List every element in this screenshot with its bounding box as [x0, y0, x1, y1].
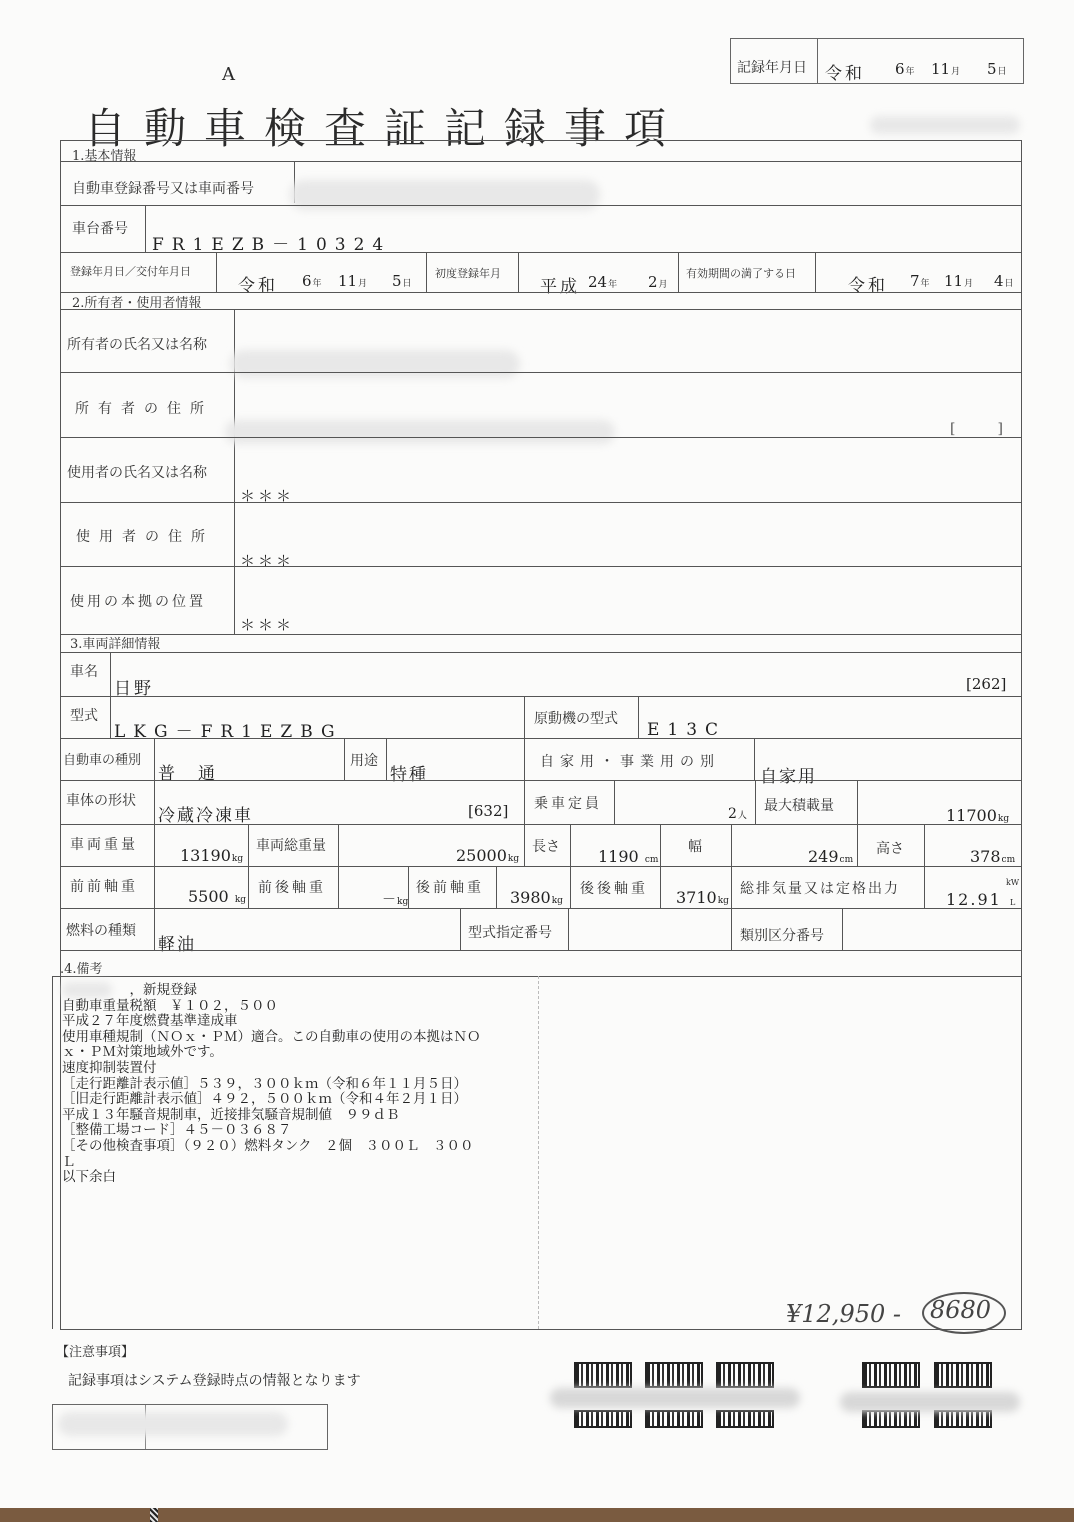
form-code: A — [222, 64, 235, 85]
height-label: 高さ — [876, 838, 904, 858]
car-name-code: [262] — [966, 675, 1006, 693]
fuel-label: 燃料の種類 — [66, 920, 136, 940]
body-shape-label: 車体の形状 — [66, 790, 136, 810]
expiry-label: 有効期間の満了する日 — [686, 265, 796, 281]
notes-heading: 【注意事項】 — [56, 1341, 134, 1360]
record-date-day: 5日 — [987, 60, 1007, 78]
record-date-box: 記録年月日 令和 6年 11月 5日 — [730, 38, 1024, 84]
owner-address-label: 所有者の住所 — [75, 398, 213, 418]
qr-code-4 — [574, 1410, 632, 1428]
usage-value: 特種 — [390, 760, 428, 785]
width-value: 249cm — [808, 847, 853, 866]
owner-name-label: 所有者の氏名又は名称 — [67, 334, 207, 354]
owner-address-code: [ ] — [950, 418, 1003, 438]
qr-code-7 — [862, 1362, 920, 1388]
private-business-value: 自家用 — [760, 762, 817, 787]
private-business-label: 自家用・事業用の別 — [540, 751, 720, 771]
length-value: 1190 cm — [598, 847, 658, 866]
capacity-value: 2人 — [728, 806, 747, 822]
qr-code-1 — [574, 1362, 632, 1388]
remarks-text: ，新規登録 自動車重量税額 ￥１０２，５００ 平成２７年度燃費基準達成車 使用車… — [62, 983, 481, 1186]
qr-code-6 — [716, 1410, 774, 1428]
section3-heading: 3.車両詳細情報 — [70, 633, 160, 652]
base-location-value: ＊＊＊ — [240, 614, 294, 635]
rf-axle-value: 3980kg — [510, 888, 563, 907]
width-label: 幅 — [688, 836, 702, 856]
chassis-label: 車台番号 — [72, 218, 128, 238]
remarks-divider — [538, 976, 539, 1329]
reg-date-label: 登録年月日／交付年月日 — [70, 263, 191, 279]
first-reg-month: 2月 — [648, 273, 668, 291]
displacement-label: 総排気量又は定格出力 — [740, 878, 900, 898]
redacted-owner-name — [230, 350, 520, 378]
fr-axle-value: －kg — [382, 889, 408, 909]
displacement-unit-kw: kW — [1006, 878, 1019, 887]
vehicle-weight-label: 車両重量 — [70, 834, 138, 854]
redacted-qr-band-2 — [840, 1392, 1020, 1412]
displacement-unit-l: L — [1010, 898, 1015, 907]
background-floor — [0, 1508, 1074, 1522]
remarks-frame — [52, 976, 53, 1329]
qr-code-10 — [934, 1410, 992, 1428]
usage-label: 用途 — [350, 750, 378, 770]
fuel-value: 軽油 — [158, 930, 196, 955]
engine-model-label: 原動機の型式 — [534, 708, 618, 728]
vehicle-weight-value: 13190kg — [180, 846, 243, 865]
fr-axle-label: 前後軸重 — [258, 877, 326, 897]
body-shape-code: [632] — [468, 802, 508, 820]
rr-axle-label: 後後軸重 — [580, 878, 648, 898]
type-designation-label: 型式指定番号 — [468, 922, 552, 942]
background-cord — [150, 1508, 158, 1522]
redacted-header — [870, 116, 1020, 134]
qr-code-9 — [862, 1410, 920, 1428]
model-label: 型式 — [70, 705, 98, 725]
user-name-label: 使用者の氏名又は名称 — [67, 462, 207, 482]
expiry-year: 7年 — [910, 272, 930, 290]
category-label: 類別区分番号 — [740, 925, 824, 945]
redacted-qr-band-1 — [550, 1388, 800, 1408]
qr-code-8 — [934, 1362, 992, 1388]
reg-number-label: 自動車登録番号又は車両番号 — [72, 178, 254, 198]
redacted-owner-address — [225, 420, 615, 444]
qr-code-5 — [645, 1410, 703, 1428]
section4-heading: .4.備考 — [60, 958, 103, 977]
rr-axle-value: 3710kg — [676, 888, 729, 907]
gross-weight-value: 25000kg — [456, 846, 519, 865]
engine-model-value: E13C — [647, 720, 726, 740]
qr-code-2 — [645, 1362, 703, 1388]
record-date-month: 11月 — [931, 60, 960, 78]
displacement-value: 12.91 — [946, 890, 1002, 909]
reg-date-day: 5日 — [392, 272, 412, 290]
handwritten-price: ¥12,950 - — [786, 1300, 901, 1328]
record-date-year: 6年 — [895, 60, 915, 78]
car-name-label: 車名 — [70, 661, 98, 681]
first-reg-era: 平成 — [540, 272, 580, 297]
user-address-label: 使用者の住所 — [76, 526, 214, 546]
qr-code-3 — [716, 1362, 774, 1388]
reg-date-year: 6年 — [302, 272, 322, 290]
record-date-label: 記録年月日 — [737, 57, 807, 77]
document-page: 記録年月日 令和 6年 11月 5日 A 自動車検査証記録事項 1.基本情報 自… — [0, 0, 1074, 1508]
user-address-value: ＊＊＊ — [240, 550, 294, 571]
expiry-month: 11月 — [944, 272, 973, 290]
handwritten-circled-value: 8680 — [930, 1296, 991, 1324]
length-label: 長さ — [532, 836, 560, 856]
max-load-label: 最大積載量 — [764, 795, 834, 815]
record-date-era: 令和 — [825, 59, 865, 84]
base-location-label: 使用の本拠の位置 — [70, 591, 206, 611]
body-shape-value: 冷蔵冷凍車 — [158, 801, 253, 826]
rf-axle-label: 後前軸重 — [416, 877, 484, 897]
first-reg-year: 24年 — [588, 273, 617, 291]
notes-text: 記録事項はシステム登録時点の情報となります — [68, 1370, 361, 1390]
ff-axle-value: 5500 kg — [188, 887, 246, 906]
gross-weight-label: 車両総重量 — [256, 835, 326, 855]
first-reg-label: 初度登録年月 — [435, 265, 501, 281]
expiry-day: 4日 — [994, 272, 1014, 290]
vehicle-type-label: 自動車の種別 — [63, 749, 141, 768]
reg-date-month: 11月 — [338, 272, 367, 290]
height-value: 378cm — [970, 847, 1015, 866]
redacted-stamp-box — [58, 1412, 288, 1436]
ff-axle-label: 前前軸重 — [70, 876, 138, 896]
capacity-label: 乗車定員 — [534, 793, 602, 813]
max-load-value: 11700kg — [946, 806, 1009, 825]
